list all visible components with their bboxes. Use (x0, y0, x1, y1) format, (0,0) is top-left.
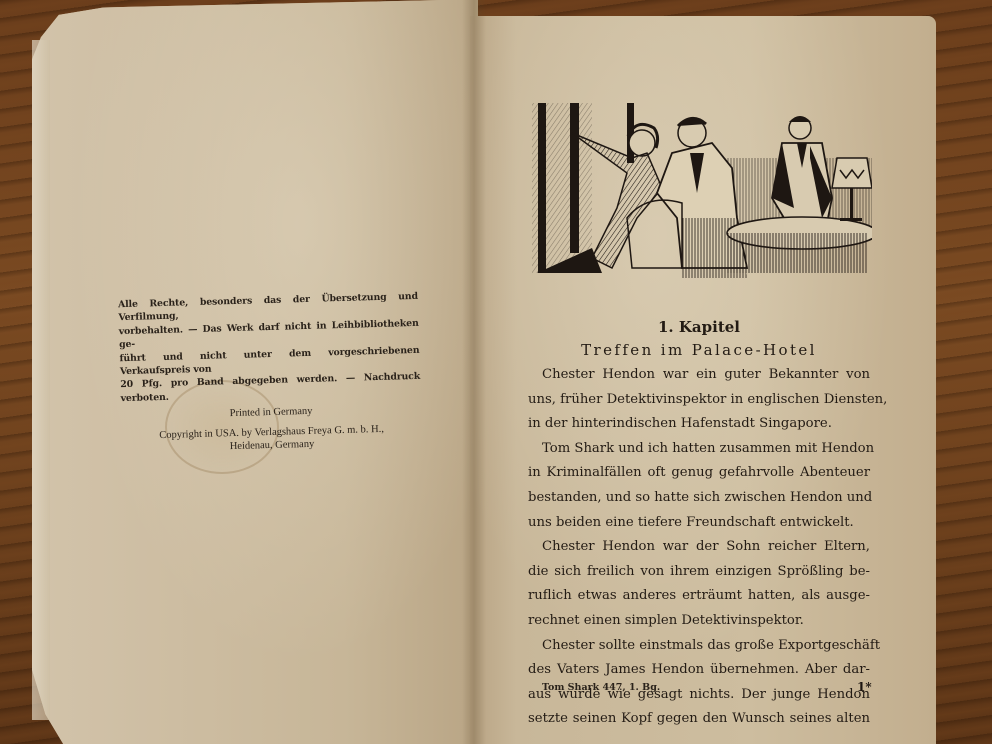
text-line: Tom Shark und ich hatten zusammen mit He… (528, 437, 870, 462)
chapter-text: 1. Kapitel Treffen im Palace-Hotel Chest… (528, 318, 870, 732)
copyright-block: Alle Rechte, besonders das der Übersetzu… (118, 290, 422, 457)
signature-mark: 1* (857, 680, 872, 694)
text-line: des Vaters James Hendon übernehmen. Aber… (528, 658, 870, 683)
rights-notice: Alle Rechte, besonders das der Übersetzu… (118, 290, 421, 406)
text-line: setzte seinen Kopf gegen den Wunsch sein… (528, 707, 870, 732)
text-line: Chester sollte einstmals das große Expor… (528, 634, 870, 659)
text-line: uns, früher Detektivinspektor in englisc… (528, 388, 870, 413)
printed-in-germany: Printed in Germany (121, 403, 421, 422)
text-line: uns beiden eine tiefere Freundschaft ent… (528, 511, 870, 536)
rights-line: 20 Pfg. pro Band abgegeben werden. — Nac… (120, 371, 420, 404)
text-line: ruflich etwas anderes erträumt hatten, a… (528, 584, 870, 609)
copyright-line: Copyright in USA. by Verlagshaus Freya G… (159, 424, 384, 441)
text-line: die sich freilich von ihrem einzigen Spr… (528, 560, 870, 585)
book-spine (462, 0, 486, 744)
chapter-illustration (532, 98, 872, 278)
paragraph: Tom Shark und ich hatten zusammen mit He… (528, 437, 870, 535)
chapter-heading: 1. Kapitel (528, 318, 870, 336)
text-line: Chester Hendon war ein guter Bekannter v… (528, 363, 870, 388)
text-line: bestanden, und so hatte sich zwischen He… (528, 486, 870, 511)
printer-signature: Tom Shark 447, 1. Bg. (542, 682, 660, 693)
copyright-line: Heidenau, Germany (230, 439, 315, 452)
left-page-edge (32, 40, 50, 720)
text-line: in Kriminalfällen oft genug gefahrvolle … (528, 461, 870, 486)
chapter-title: Treffen im Palace-Hotel (528, 341, 870, 359)
text-line: in der hinterindischen Hafenstadt Singap… (528, 412, 870, 437)
paragraph: Chester Hendon war ein guter Bekannter v… (528, 363, 870, 437)
paragraph: Chester Hendon war der Sohn reicher Elte… (528, 535, 870, 633)
text-line: rechnet einen simplen Detektivinspektor. (528, 609, 870, 634)
text-line: Chester Hendon war der Sohn reicher Elte… (528, 535, 870, 560)
